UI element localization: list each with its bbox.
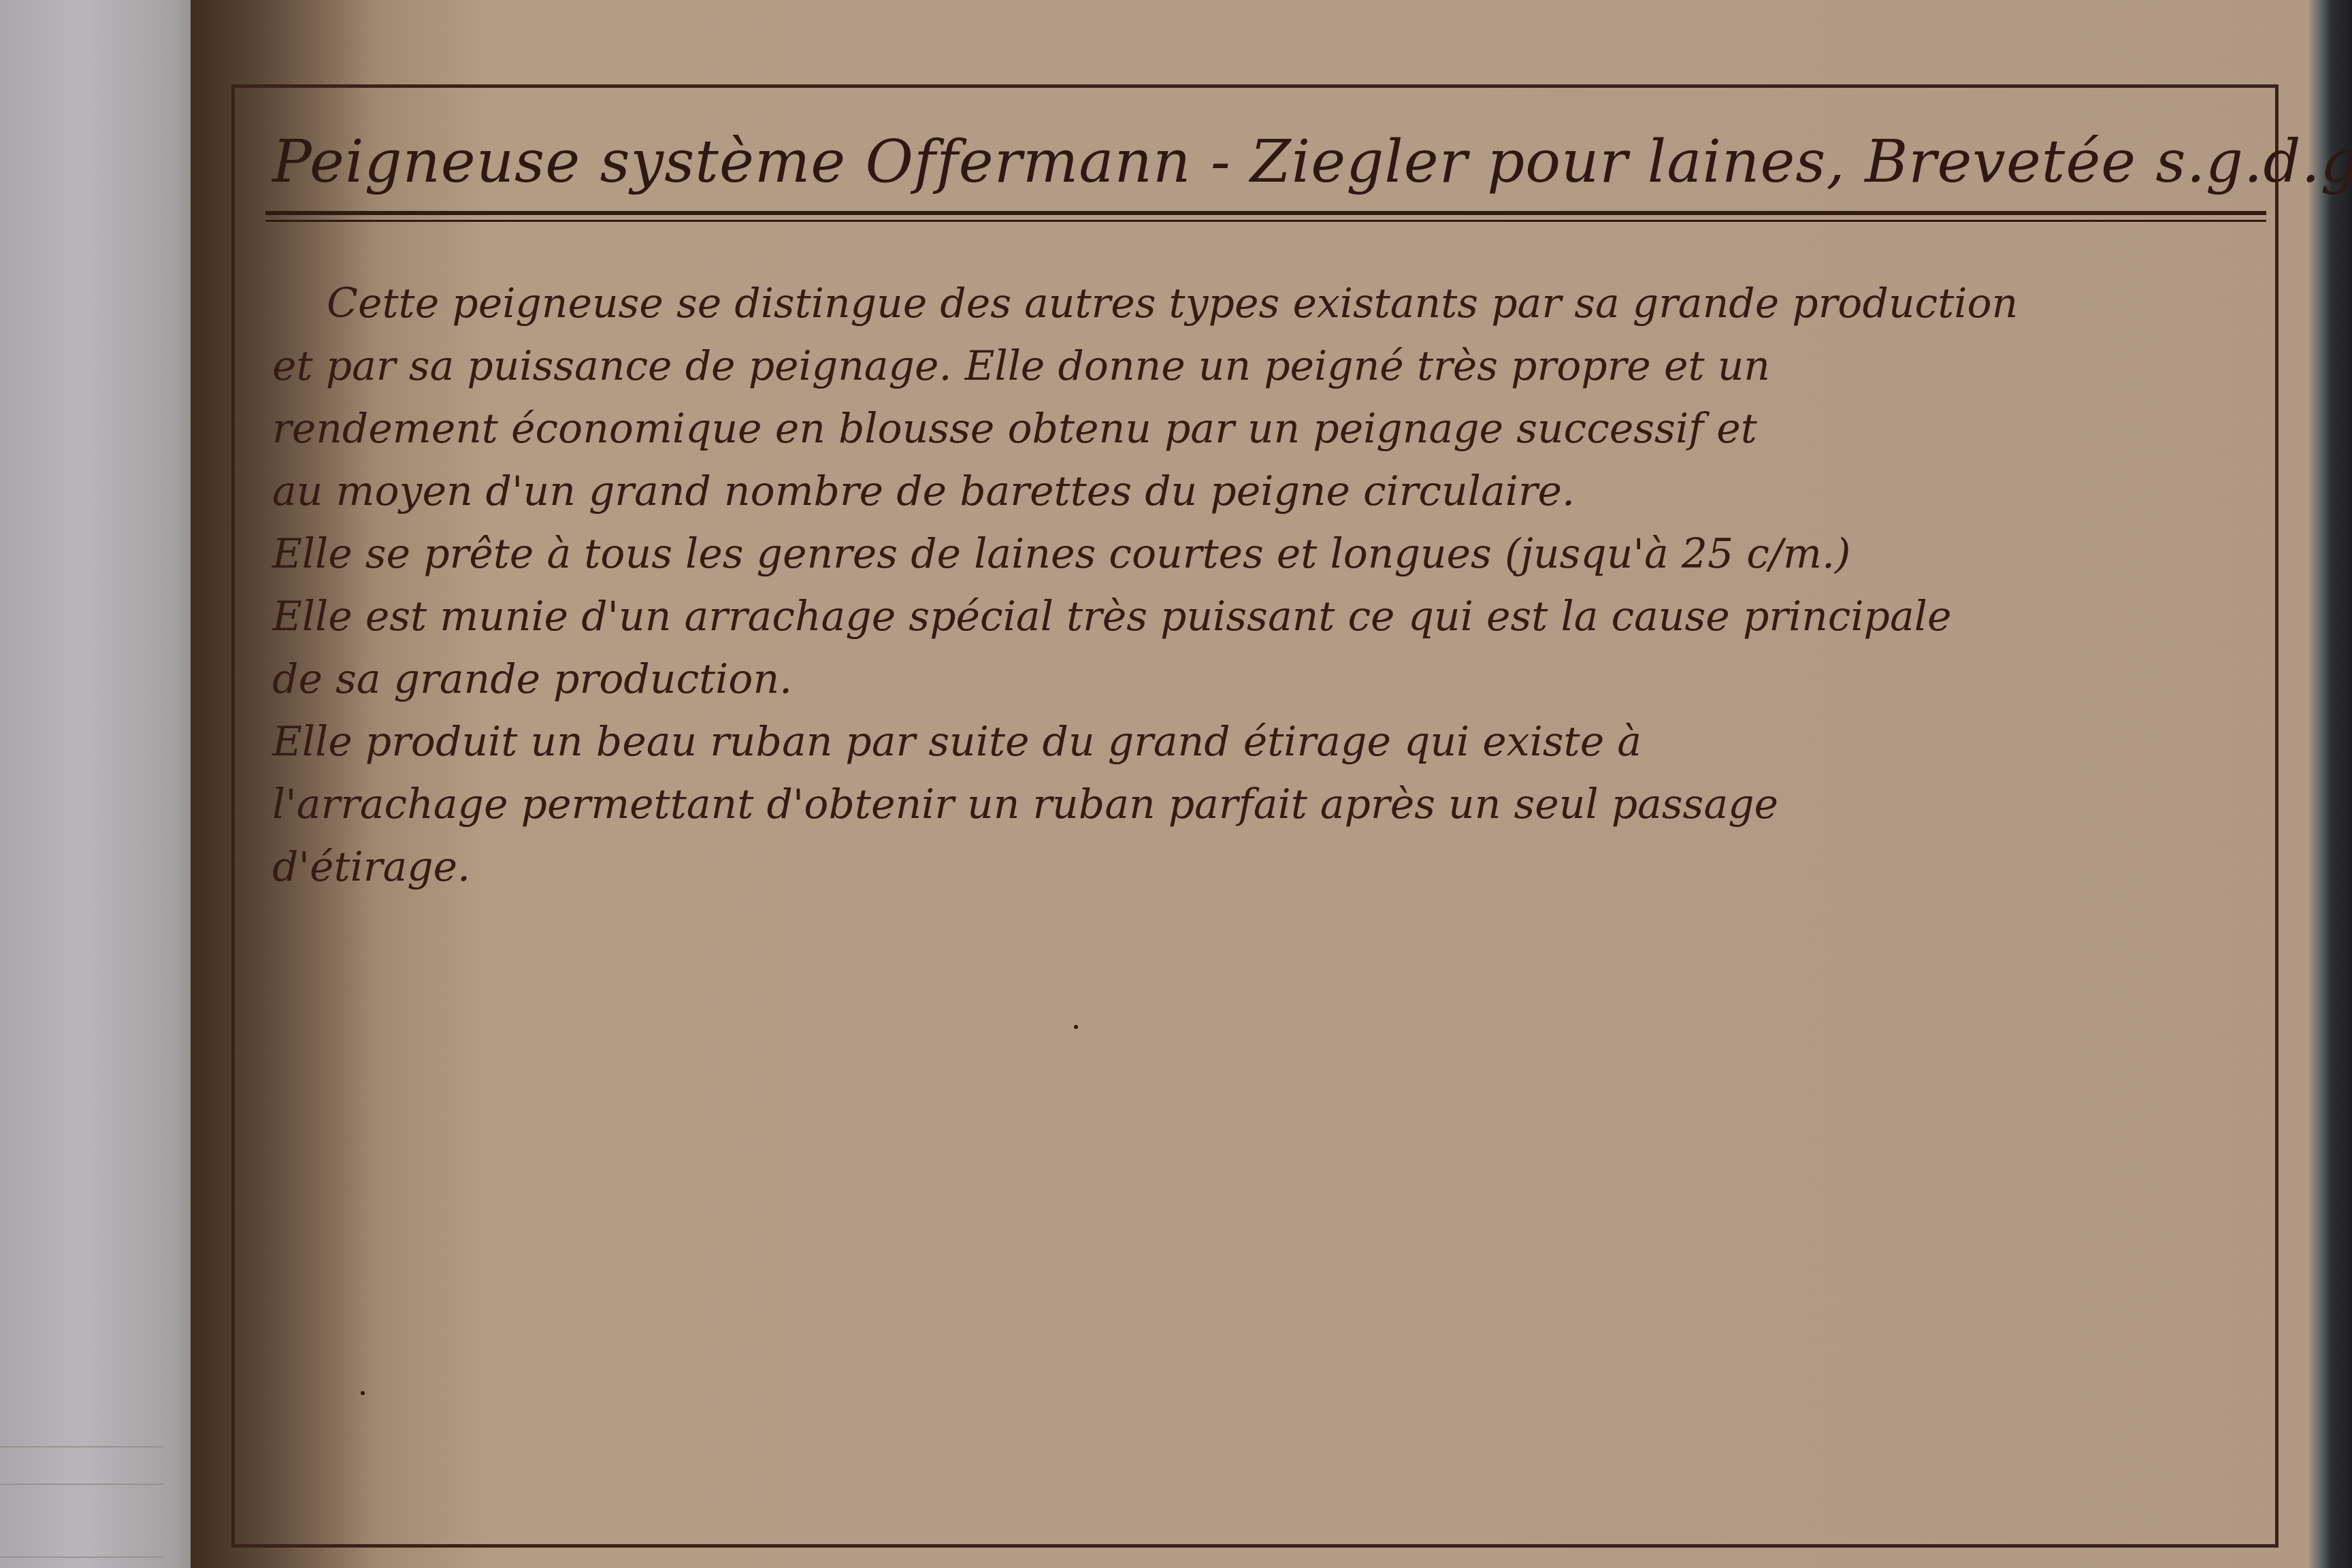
text-line: au moyen d'un grand nombre de barettes d… — [272, 460, 2287, 523]
text-line: Cette peigneuse se distingue des autres … — [272, 272, 2287, 335]
page-title: Peigneuse système Offermann - Ziegler po… — [272, 128, 2352, 196]
text-line: Elle produit un beau ruban par suite du … — [272, 710, 2287, 773]
ink-speck — [1074, 1025, 1078, 1029]
title-double-underline — [265, 211, 2266, 222]
text-line: rendement économique en blousse obtenu p… — [272, 397, 2287, 460]
page-edge-line — [0, 1556, 163, 1558]
text-line: Elle se prête à tous les genres de laine… — [272, 523, 2287, 585]
handwritten-body: Cette peigneuse se distingue des autres … — [272, 272, 2287, 898]
page-edge-line — [0, 1446, 163, 1448]
text-line: Elle est munie d'un arrachage spécial tr… — [272, 585, 2287, 648]
text-line: et par sa puissance de peignage. Elle do… — [272, 335, 2287, 397]
left-facing-page — [0, 0, 204, 1568]
book-cover-edge — [2307, 0, 2352, 1568]
text-line: l'arrachage permettant d'obtenir un ruba… — [272, 773, 2287, 836]
page-edge-line — [0, 1484, 163, 1485]
text-line: d'étirage. — [272, 836, 2287, 898]
title-block: Peigneuse système Offermann - Ziegler po… — [272, 121, 2246, 216]
ink-speck — [361, 1391, 365, 1395]
text-line: de sa grande production. — [272, 648, 2287, 710]
